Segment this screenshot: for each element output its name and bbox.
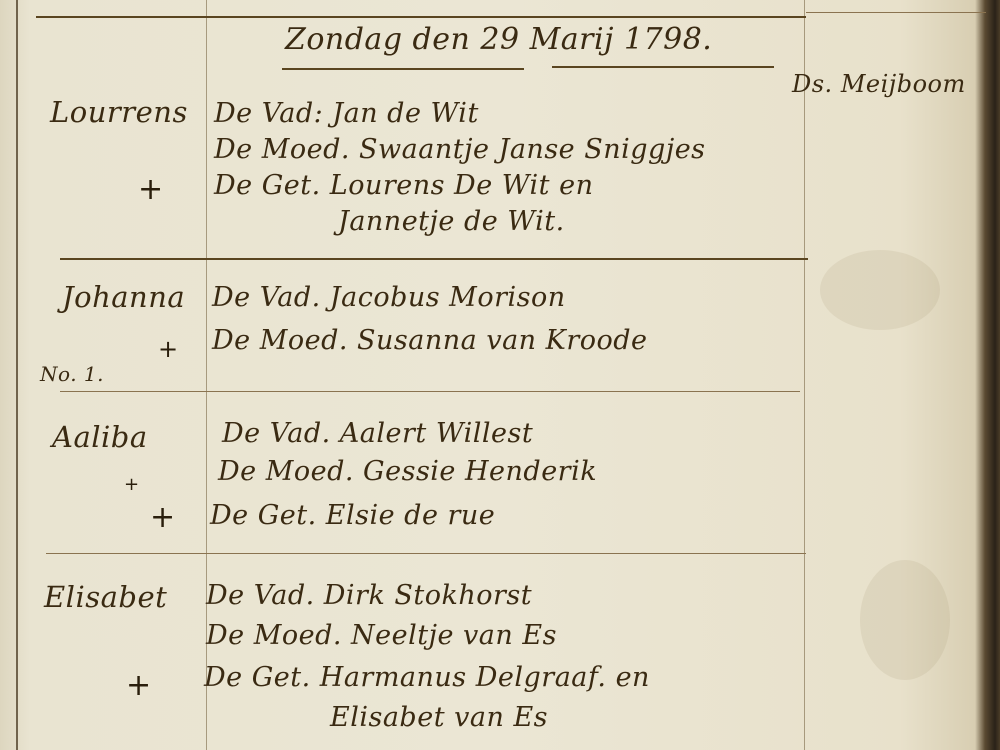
entry-separator-3 [46,553,806,554]
mother-line: De Moed. Swaantje Janse Sniggjes [214,134,706,165]
cross-mark: + [138,172,163,207]
father-line: De Vad. Jacobus Morison [212,282,566,313]
witness-line-continued: Jannetje de Wit. [338,206,565,237]
father-line: De Vad. Aalert Willest [222,418,533,449]
cross-mark-small: + [124,474,139,495]
date-underline-left [282,68,524,70]
paper-stain [820,250,940,330]
child-name: Aaliba [52,420,148,454]
witness-line: De Get. Lourens De Wit en [214,170,593,201]
top-rule [36,16,806,18]
top-rule-right [806,12,986,13]
witness-line: De Get. Harmanus Delgraaf. en [204,662,650,693]
paper-stain [860,560,950,680]
column-divider-minister [804,0,805,750]
entry-number-note: No. 1. [40,362,104,386]
child-name: Johanna [62,280,185,314]
register-page: Zondag den 29 Marij 1798. Ds. Meijboom L… [0,0,1000,750]
witness-line-continued: Elisabet van Es [330,702,548,733]
mother-line: De Moed. Gessie Henderik [218,456,597,487]
witness-line: De Get. Elsie de rue [210,500,495,531]
mother-line: De Moed. Susanna van Kroode [212,325,648,356]
date-underline-right [552,66,774,68]
father-line: De Vad: Jan de Wit [214,98,479,129]
entry-separator-2 [60,391,800,392]
date-heading: Zondag den 29 Marij 1798. [285,22,712,57]
minister-name: Ds. Meijboom [792,70,966,98]
child-name: Lourrens [50,95,188,129]
cross-mark: + [150,500,175,535]
entry-separator-1 [60,258,808,260]
mother-line: De Moed. Neeltje van Es [206,620,557,651]
cross-mark: + [158,335,178,363]
left-margin-line [16,0,18,750]
cross-mark: + [126,668,151,703]
father-line: De Vad. Dirk Stokhorst [206,580,532,611]
child-name: Elisabet [44,580,167,614]
